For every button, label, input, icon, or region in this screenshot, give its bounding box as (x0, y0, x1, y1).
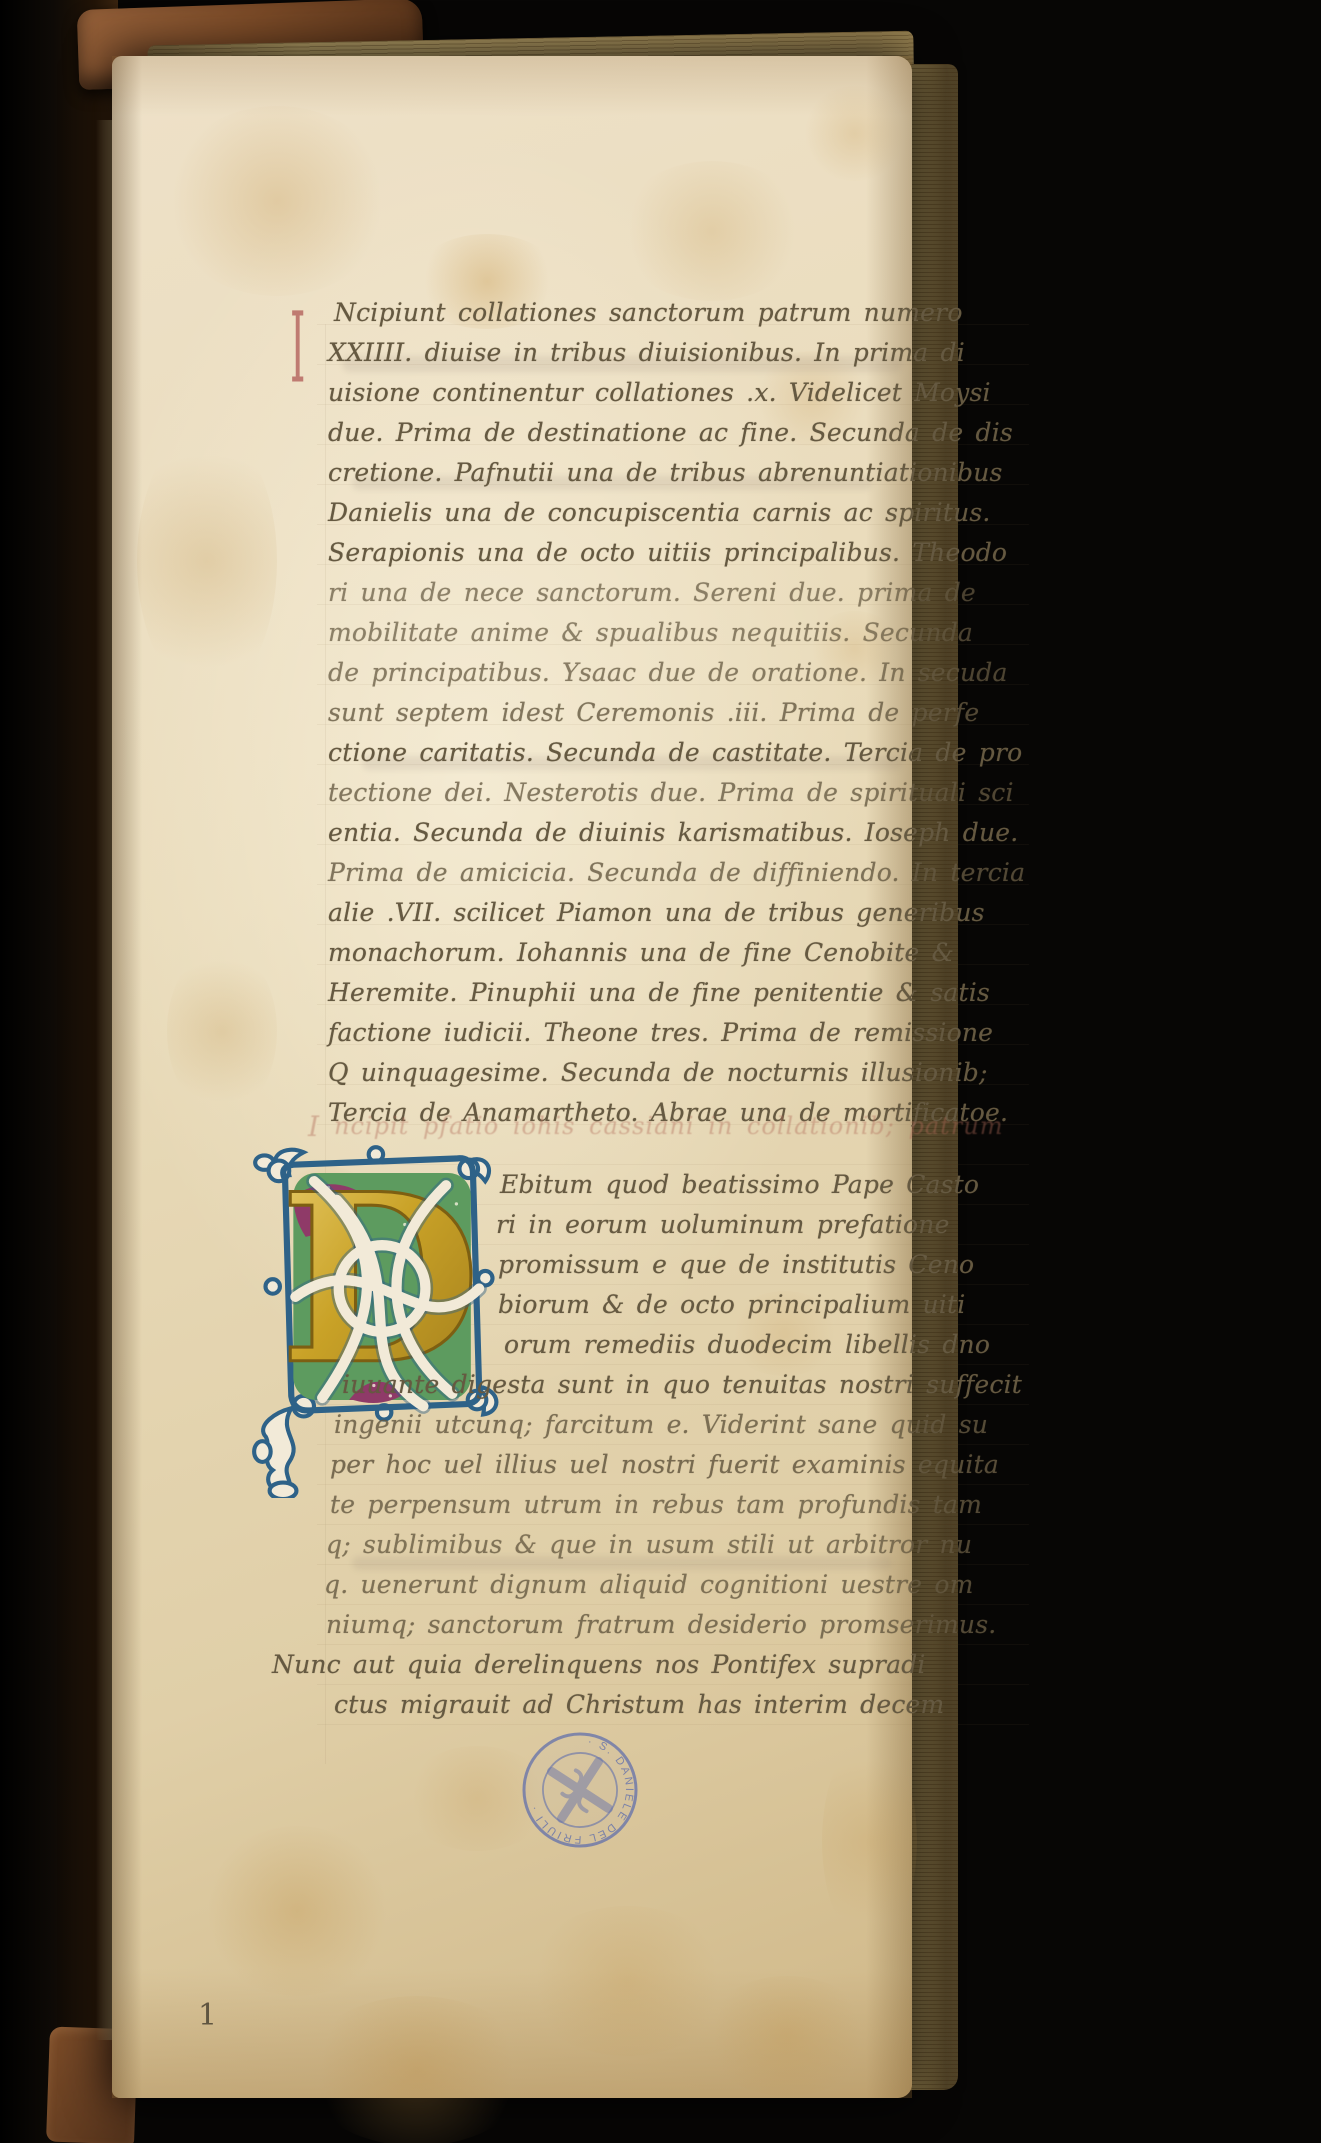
text-line: uisione continentur collationes .x. Vide… (328, 378, 991, 407)
text-line: orum remediis duodecim libellis dno (504, 1330, 990, 1359)
text-line: iuuante digesta sunt in quo tenuitas nos… (342, 1370, 1022, 1399)
rubric-line: ncipit pfatio iohis cassiani in collatio… (334, 1112, 1003, 1140)
folio-number: 1 (198, 1998, 217, 2033)
text-line: due. Prima de destinatione ac fine. Secu… (328, 418, 1013, 447)
text-line: mobilitate anime & spualibus nequitiis. … (328, 618, 973, 647)
text-line: alie .VII. scilicet Piamon una de tribus… (328, 898, 985, 927)
illuminated-initial-d: D (250, 1142, 508, 1498)
text-line: ctus migrauit ad Christum has interim de… (334, 1690, 944, 1719)
text-line: Prima de amicicia. Secunda de diffiniend… (328, 858, 1025, 887)
text-line: Heremite. Pinuphii una de fine penitenti… (328, 978, 990, 1007)
parchment-stain (617, 161, 807, 301)
text-line: per hoc uel illius uel nostri fuerit exa… (330, 1450, 999, 1479)
text-line: Danielis una de concupiscentia carnis ac… (328, 498, 991, 527)
red-paragraph-initial: I (290, 300, 305, 398)
text-line: entia. Secunda de diuinis karismatibus. … (328, 818, 1018, 847)
library-stamp-icon: ∙ S. DANIELE DEL FRIULI ∙ (497, 1707, 663, 1873)
bottom-edge-shadow (112, 1968, 912, 2098)
text-line: ctione caritatis. Secunda de castitate. … (328, 738, 1022, 767)
manuscript-photo: I Ncipiunt collationes sanctorum patrum … (0, 0, 1321, 2143)
text-line: sunt septem idest Ceremonis .iii. Prima … (328, 698, 979, 727)
parchment-stain (162, 106, 392, 296)
text-line: cretione. Pafnutii una de tribus abrenun… (328, 458, 1003, 487)
text-line: promissum e que de institutis Ceno (498, 1250, 974, 1279)
text-line: Nunc aut quia derelinquens nos Pontifex … (272, 1650, 926, 1679)
text-line: q. uenerunt dignum aliquid cognitioni ue… (324, 1570, 974, 1599)
text-line: te perpensum utrum in rebus tam profundi… (330, 1490, 982, 1519)
text-line: factione iudicii. Theone tres. Prima de … (328, 1018, 993, 1047)
text-line: ingenii utcunq; farcitum e. Viderint san… (334, 1410, 988, 1439)
text-line: de principatibus. Ysaac due de oratione.… (328, 658, 1008, 687)
text-line: ri una de nece sanctorum. Sereni due. pr… (328, 578, 976, 607)
text-line: Q uinquagesime. Secunda de nocturnis ill… (328, 1058, 988, 1087)
text-line: biorum & de octo principalium uiti (498, 1290, 965, 1319)
rubric-initial: I (308, 1110, 319, 1143)
top-edge-shadow (112, 56, 912, 116)
parchment-stain (137, 426, 277, 696)
parchment-stain (167, 946, 277, 1116)
text-line: XXIIII. diuise in tribus diuisionibus. I… (328, 338, 965, 367)
text-line: tectione dei. Nesterotis due. Prima de s… (328, 778, 1014, 807)
text-line: monachorum. Iohannis una de fine Cenobit… (328, 938, 954, 967)
text-line: Serapionis una de octo uitiis principali… (328, 538, 1007, 567)
text-line: niumq; sanctorum fratrum desiderio proms… (326, 1610, 996, 1639)
gutter-shadow (112, 56, 142, 2098)
text-line: Ncipiunt collationes sanctorum patrum nu… (334, 298, 963, 327)
parchment-page: I Ncipiunt collationes sanctorum patrum … (112, 56, 912, 2098)
text-line: Ebitum quod beatissimo Pape Casto (500, 1170, 979, 1199)
text-line: q; sublimibus & que in usum stili ut arb… (326, 1530, 972, 1559)
text-line: ri in eorum uoluminum prefatione (496, 1210, 950, 1239)
